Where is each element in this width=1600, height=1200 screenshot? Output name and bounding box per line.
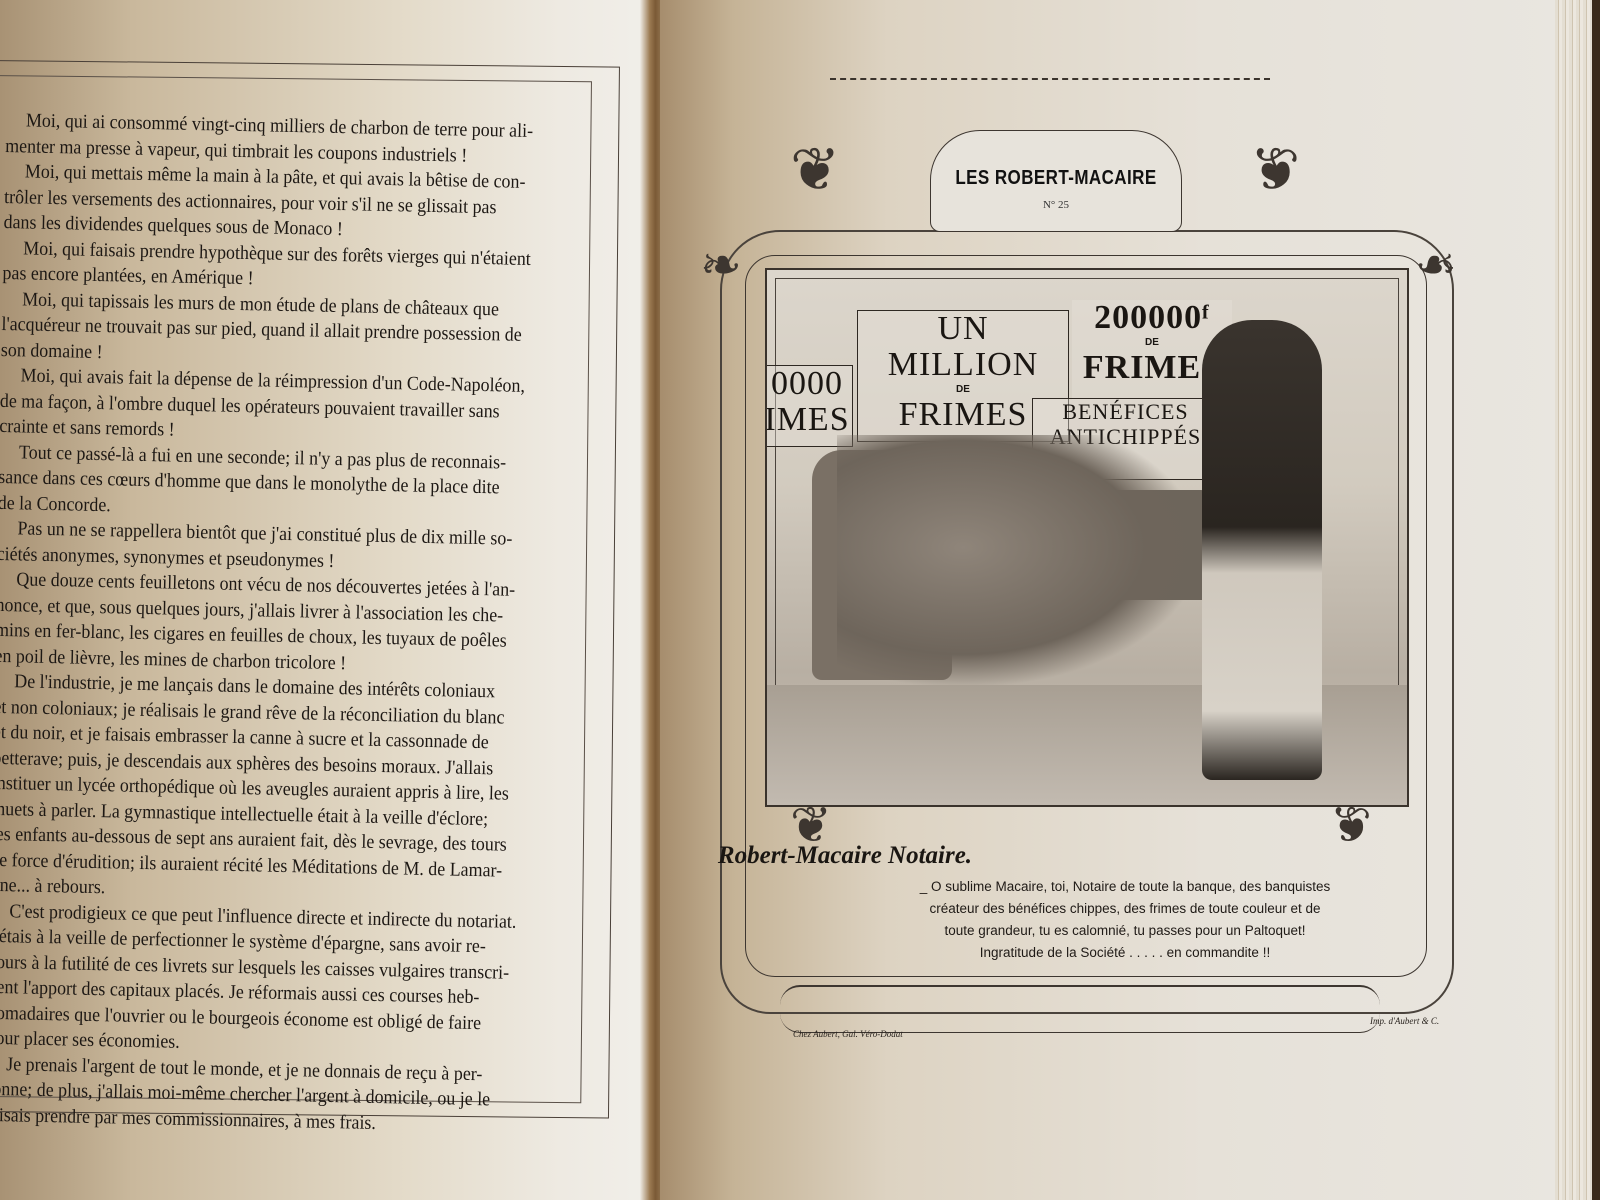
- poster-headline: 200000ᶠ: [1072, 300, 1232, 336]
- bottom-ornament: [780, 985, 1380, 1033]
- scroll-ornament-icon: ❧: [700, 240, 742, 290]
- caption-line: Ingratitude de la Société . . . . . en c…: [915, 942, 1335, 964]
- poster-headline: UN MILLION: [858, 311, 1068, 383]
- seated-figure: [837, 435, 1197, 685]
- caption-title: Robert-Macaire Notaire.: [0, 842, 1600, 870]
- caption-line: _ O sublime Macaire, toi, Notaire de tou…: [915, 876, 1335, 898]
- printer-credit: Imp. d'Aubert & C.: [1370, 1016, 1439, 1026]
- caption-line: créateur des bénéfices chippes, des frim…: [915, 898, 1335, 920]
- acanthus-ornament-icon: ❦: [790, 140, 840, 200]
- page-edges: [1555, 0, 1600, 1200]
- title-cartouche: LES ROBERT-MACAIRE N° 25: [930, 130, 1182, 232]
- scroll-ornament-icon: ❧: [1415, 240, 1457, 290]
- series-title: LES ROBERT-MACAIRE: [950, 167, 1163, 190]
- plate-number: N° 25: [931, 199, 1181, 211]
- poster-headline: BENÉFICES: [1033, 399, 1218, 424]
- poster-sub: DE: [858, 383, 1068, 397]
- caption-line: toute grandeur, tu es calomnié, tu passe…: [915, 920, 1335, 942]
- lithograph-illustration: UN MILLION DE FRIMES 200000ᶠ DE FRIMES 0…: [765, 268, 1409, 807]
- caption-text: _ O sublime Macaire, toi, Notaire de tou…: [915, 876, 1335, 964]
- poster-headline: 0000: [765, 366, 852, 402]
- publisher-credit: Chez Aubert, Gal. Véro-Dodat: [793, 1029, 903, 1039]
- open-book-spread: Moi, qui ai consommé vingt-cinq milliers…: [0, 0, 1600, 1200]
- left-page: Moi, qui ai consommé vingt-cinq milliers…: [0, 0, 660, 1200]
- standing-figure: [1202, 320, 1322, 780]
- acanthus-ornament-icon: ❦: [1250, 140, 1300, 200]
- top-rule: [830, 78, 1270, 80]
- poster-word: IMES: [765, 402, 852, 438]
- body-text: Moi, qui ai consommé vingt-cinq milliers…: [0, 108, 578, 1140]
